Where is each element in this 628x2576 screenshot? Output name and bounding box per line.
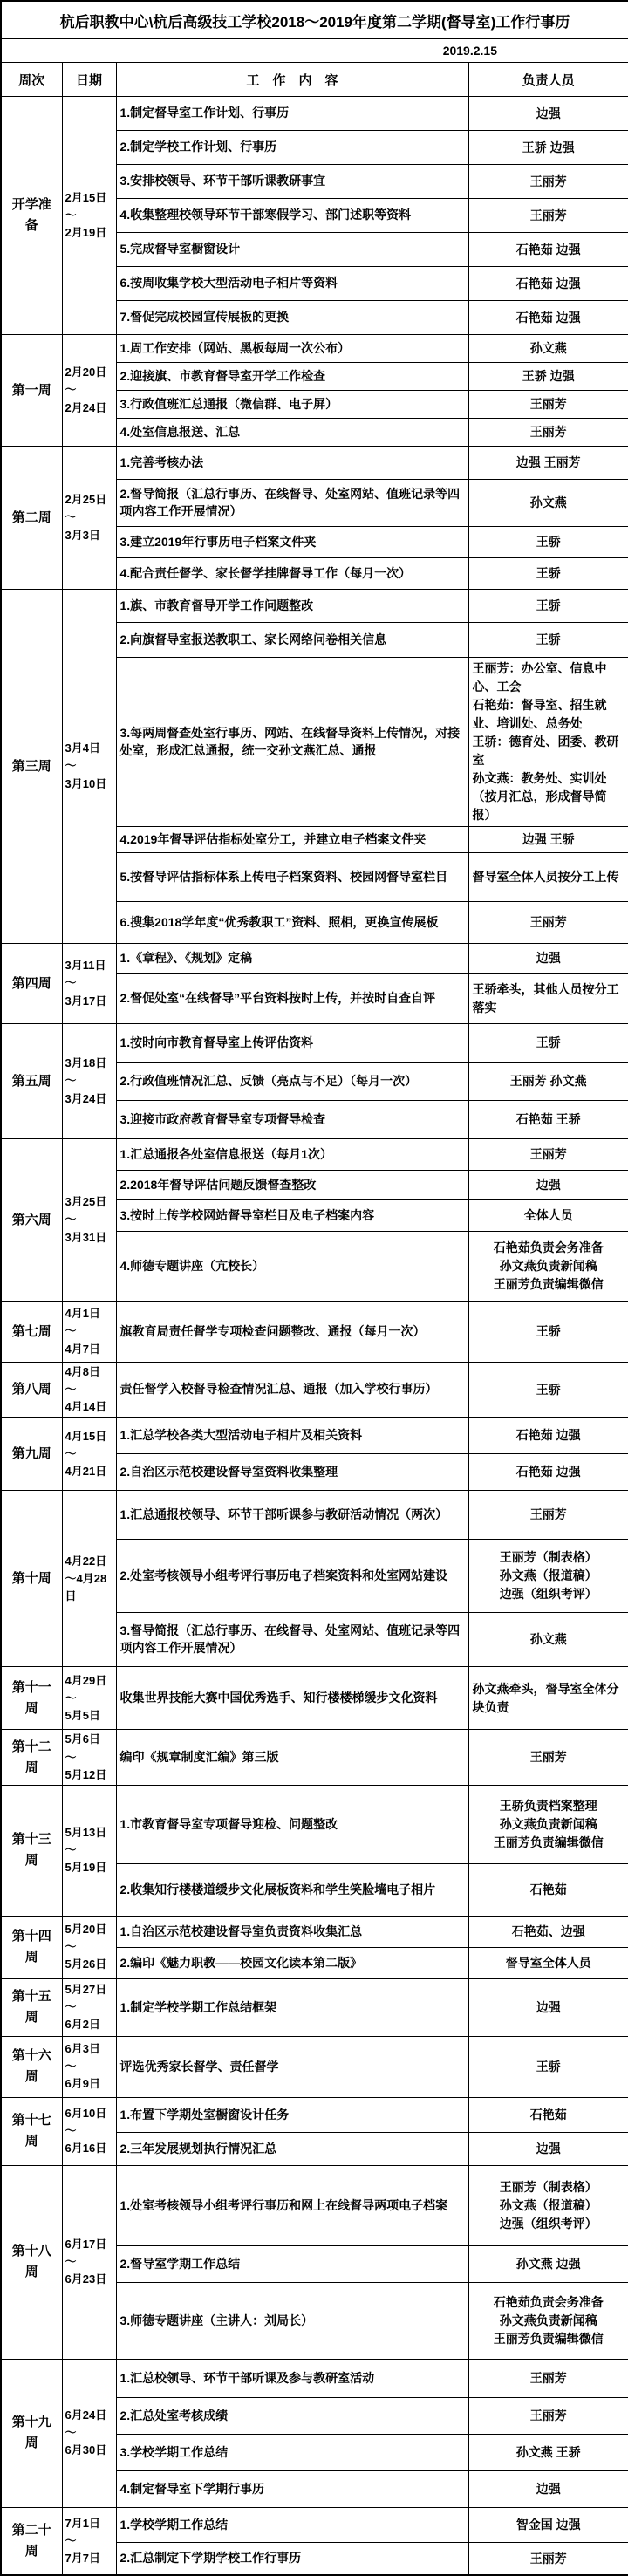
task-cell: 3.建立2019年行事历电子档案文件夹: [116, 527, 468, 558]
person-cell: 王丽芳（制表格） 孙文燕（报道稿） 边强（组织考评）: [468, 1540, 628, 1613]
schedule-row: 第四周3月11日 ～ 3月17日1.《章程》、《规划》定稿边强: [1, 944, 628, 974]
person-cell: 孙文燕 王骄: [468, 2434, 628, 2470]
week-cell: 第四周: [1, 944, 62, 1024]
date-range-cell: 5月13日 ～ 5月19日: [62, 1785, 116, 1916]
person-cell: 石艳茹: [468, 1863, 628, 1916]
schedule-row: 第三周3月4日 ～ 3月10日1.旗、市教育督导开学工作问题整改王骄: [1, 590, 628, 623]
date-range-cell: 5月20日 ～ 5月26日: [62, 1916, 116, 1978]
week-cell: 第十一周: [1, 1667, 62, 1730]
task-cell: 7.督促完成校园宣传展板的更换: [116, 301, 468, 335]
task-cell: 5.完成督导室橱窗设计: [116, 233, 468, 267]
task-cell: 4.收集整理校领导环节干部寒假学习、部门述职等资料: [116, 199, 468, 233]
schedule-row: 第六周3月25日 ～ 3月31日1.汇总通报各处室信息报送（每月1次）王丽芳: [1, 1139, 628, 1171]
schedule-row: 第二十周7月1日 ～ 7月7日1.学校学期工作总结智金国 边强: [1, 2507, 628, 2542]
person-cell: 智金国 边强: [468, 2507, 628, 2542]
column-header-row: 周次 日期 工 作 内 容 负责人员: [1, 63, 628, 97]
task-cell: 1.汇总校领导、环节干部听课及参与教研室活动: [116, 2359, 468, 2397]
date-range-cell: 3月18日 ～ 3月24日: [62, 1024, 116, 1139]
week-cell: 第八周: [1, 1363, 62, 1418]
task-cell: 1.旗、市教育督导开学工作问题整改: [116, 590, 468, 623]
person-cell: 王骄牵头，其他人员按分工落实: [468, 974, 628, 1024]
person-cell: 王丽芳（制表格） 孙文燕（报道稿） 边强（组织考评）: [468, 2165, 628, 2245]
person-cell: 王丽芳：办公室、信息中心、工会 石艳茹：督导室、招生就业、培训处、总务处 王骄：…: [468, 658, 628, 827]
task-cell: 2.收集知行楼楼道缓步文化展板资料和学生笑脸墙电子相片: [116, 1863, 468, 1916]
date-range-cell: 4月22日 ～4月28 日: [62, 1491, 116, 1667]
person-cell: 孙文燕: [468, 335, 628, 363]
task-cell: 3.学校学期工作总结: [116, 2434, 468, 2470]
person-cell: 石艳茹 边强: [468, 1454, 628, 1491]
person-cell: 王骄: [468, 558, 628, 590]
person-cell: 孙文燕牵头，督导室全体分块负责: [468, 1667, 628, 1730]
task-cell: 收集世界技能大赛中国优秀选手、知行楼楼梯缓步文化资料: [116, 1667, 468, 1730]
task-cell: 编印《规章制度汇编》第三版: [116, 1730, 468, 1785]
person-cell: 边强: [468, 1978, 628, 2036]
week-cell: 第十五周: [1, 1978, 62, 2036]
task-cell: 5.按督导评估指标体系上传电子档案资料、校园网督导室栏目: [116, 853, 468, 902]
week-cell: 第十七周: [1, 2097, 62, 2165]
week-cell: 第十八周: [1, 2165, 62, 2359]
column-header-task: 工 作 内 容: [116, 63, 468, 97]
task-cell: 1.完善考核办法: [116, 447, 468, 480]
schedule-row: 第十六周6月3日 ～ 6月9日评选优秀家长督学、责任督学王骄: [1, 2036, 628, 2097]
person-cell: 王骄: [468, 623, 628, 658]
task-cell: 2.处室考核领导小组考评行事历电子档案资料和处室网站建设: [116, 1540, 468, 1613]
schedule-row: 第十二周5月6日 ～ 5月12日编印《规章制度汇编》第三版王丽芳: [1, 1730, 628, 1785]
schedule-row: 第五周3月18日 ～ 3月24日1.按时向市教育督导室上传评估资料王骄: [1, 1024, 628, 1063]
week-cell: 第十三周: [1, 1785, 62, 1916]
week-cell: 第十九周: [1, 2359, 62, 2507]
task-cell: 4.处室信息报送、汇总: [116, 419, 468, 447]
schedule-head: 杭后职教中心\杭后高级技工学校2018～2019年度第二学期(督导室)工作行事历…: [1, 1, 628, 97]
person-cell: 王丽芳: [468, 165, 628, 199]
date-range-cell: 3月11日 ～ 3月17日: [62, 944, 116, 1024]
schedule-row: 第十九周6月24日 ～ 6月30日1.汇总校领导、环节干部听课及参与教研室活动王…: [1, 2359, 628, 2397]
person-cell: 督导室全体人员按分工上传: [468, 853, 628, 902]
document-page: 杭后职教中心\杭后高级技工学校2018～2019年度第二学期(督导室)工作行事历…: [0, 0, 628, 2576]
task-cell: 1.布置下学期处室橱窗设计任务: [116, 2097, 468, 2132]
document-date-row: 2019.2.15: [1, 39, 628, 63]
date-range-cell: 4月1日 ～ 4月7日: [62, 1302, 116, 1363]
date-range-cell: 3月25日 ～ 3月31日: [62, 1139, 116, 1302]
task-cell: 2.三年发展规划执行情况汇总: [116, 2132, 468, 2165]
task-cell: 责任督学入校督导检查情况汇总、通报（加入学校行事历）: [116, 1363, 468, 1418]
task-cell: 2.向旗督导室报送教职工、家长网络问卷相关信息: [116, 623, 468, 658]
person-cell: 全体人员: [468, 1200, 628, 1232]
date-range-cell: 7月1日 ～ 7月7日: [62, 2507, 116, 2575]
person-cell: 王丽芳: [468, 2359, 628, 2397]
week-cell: 第十四周: [1, 1916, 62, 1978]
person-cell: 王丽芳: [468, 2397, 628, 2434]
task-cell: 2.2018年督导评估问题反馈督查整改: [116, 1171, 468, 1200]
person-cell: 边强 王丽芳: [468, 447, 628, 480]
task-cell: 2.汇总制定下学期学校工作行事历: [116, 2542, 468, 2575]
task-cell: 1.学校学期工作总结: [116, 2507, 468, 2542]
person-cell: 边强: [468, 944, 628, 974]
person-cell: 石艳茹 边强: [468, 1418, 628, 1454]
task-cell: 2.自治区示范校建设督导室资料收集整理: [116, 1454, 468, 1491]
person-cell: 王骄: [468, 1024, 628, 1063]
person-cell: 王骄负责档案整理 孙文燕负责新闻稿 王丽芳负责编辑微信: [468, 1785, 628, 1863]
person-cell: 王丽芳: [468, 391, 628, 419]
person-cell: 王丽芳: [468, 2542, 628, 2575]
task-cell: 2.编印《魅力职教——校园文化读本第二版》: [116, 1947, 468, 1978]
person-cell: 王丽芳 孙文燕: [468, 1063, 628, 1101]
person-cell: 王骄 边强: [468, 363, 628, 391]
schedule-row: 开学准备2月15日 ～ 2月19日1.制定督导室工作计划、行事历边强: [1, 97, 628, 131]
person-cell: 石艳茹、边强: [468, 1916, 628, 1947]
date-range-cell: 5月6日 ～ 5月12日: [62, 1730, 116, 1785]
document-date: 2019.2.15: [1, 39, 628, 63]
task-cell: 1.处室考核领导小组考评行事历和网上在线督导两项电子档案: [116, 2165, 468, 2245]
person-cell: 王丽芳: [468, 1730, 628, 1785]
task-cell: 4.2019年督导评估指标处室分工，并建立电子档案文件夹: [116, 827, 468, 853]
schedule-row: 第十五周5月27日 ～ 6月2日1.制定学校学期工作总结框架边强: [1, 1978, 628, 2036]
date-range-cell: 6月24日 ～ 6月30日: [62, 2359, 116, 2507]
person-cell: 王骄: [468, 2036, 628, 2097]
date-range-cell: 2月20日 ～ 2月24日: [62, 335, 116, 447]
week-cell: 第九周: [1, 1418, 62, 1491]
task-cell: 4.师德专题讲座（亢校长）: [116, 1232, 468, 1302]
task-cell: 2.迎接旗、市教育督导室开学工作检查: [116, 363, 468, 391]
task-cell: 2.制定学校工作计划、行事历: [116, 131, 468, 165]
schedule-row: 第十一周4月29日 ～ 5月5日收集世界技能大赛中国优秀选手、知行楼楼梯缓步文化…: [1, 1667, 628, 1730]
person-cell: 孙文燕: [468, 1613, 628, 1667]
person-cell: 边强: [468, 1171, 628, 1200]
date-range-cell: 6月3日 ～ 6月9日: [62, 2036, 116, 2097]
date-range-cell: 4月8日 ～ 4月14日: [62, 1363, 116, 1418]
task-cell: 2.汇总处室考核成绩: [116, 2397, 468, 2434]
task-cell: 1.汇总学校各类大型活动电子相片及相关资料: [116, 1418, 468, 1454]
person-cell: 王骄: [468, 1363, 628, 1418]
task-cell: 6.搜集2018学年度“优秀教职工”资料、照相，更换宣传展板: [116, 902, 468, 944]
schedule-row: 第十周4月22日 ～4月28 日1.汇总通报校领导、环节干部听课参与教研活动情况…: [1, 1491, 628, 1540]
week-cell: 第六周: [1, 1139, 62, 1302]
schedule-row: 第九周4月15日 ～ 4月21日1.汇总学校各类大型活动电子相片及相关资料石艳茹…: [1, 1418, 628, 1454]
task-cell: 1.周工作安排（网站、黑板每周一次公布）: [116, 335, 468, 363]
schedule-row: 第一周2月20日 ～ 2月24日1.周工作安排（网站、黑板每周一次公布）孙文燕: [1, 335, 628, 363]
title-row: 杭后职教中心\杭后高级技工学校2018～2019年度第二学期(督导室)工作行事历: [1, 1, 628, 39]
task-cell: 2.督促处室“在线督导”平台资料按时上传，并按时自查自评: [116, 974, 468, 1024]
person-cell: 石艳茹 边强: [468, 301, 628, 335]
schedule-table: 杭后职教中心\杭后高级技工学校2018～2019年度第二学期(督导室)工作行事历…: [0, 0, 628, 2576]
schedule-row: 第七周4月1日 ～ 4月7日旗教育局责任督学专项检查问题整改、通报（每月一次）王…: [1, 1302, 628, 1363]
person-cell: 王丽芳: [468, 1491, 628, 1540]
task-cell: 4.配合责任督学、家长督学挂牌督导工作（每月一次）: [116, 558, 468, 590]
date-range-cell: 4月29日 ～ 5月5日: [62, 1667, 116, 1730]
page-title: 杭后职教中心\杭后高级技工学校2018～2019年度第二学期(督导室)工作行事历: [1, 1, 628, 39]
task-cell: 6.按周收集学校大型活动电子相片等资料: [116, 267, 468, 301]
person-cell: 边强: [468, 2132, 628, 2165]
task-cell: 3.每两周督查处室行事历、网站、在线督导资料上传情况，对接处室，形成汇总通报，统…: [116, 658, 468, 827]
task-cell: 3.迎接市政府教育督导室专项督导检查: [116, 1101, 468, 1139]
task-cell: 2.督导室学期工作总结: [116, 2245, 468, 2282]
person-cell: 王丽芳: [468, 1139, 628, 1171]
task-cell: 1.制定督导室工作计划、行事历: [116, 97, 468, 131]
schedule-row: 第十四周5月20日 ～ 5月26日1.自治区示范校建设督导室负责资料收集汇总石艳…: [1, 1916, 628, 1947]
date-range-cell: 2月25日 ～ 3月3日: [62, 447, 116, 590]
schedule-row: 第十八周6月17日 ～ 6月23日1.处室考核领导小组考评行事历和网上在线督导两…: [1, 2165, 628, 2245]
week-cell: 第三周: [1, 590, 62, 944]
task-cell: 3.按时上传学校网站督导室栏目及电子档案内容: [116, 1200, 468, 1232]
person-cell: 王丽芳: [468, 902, 628, 944]
task-cell: 3.行政值班汇总通报（微信群、电子屏）: [116, 391, 468, 419]
task-cell: 3.督导简报（汇总行事历、在线督导、处室网站、值班记录等四项内容工作开展情况）: [116, 1613, 468, 1667]
schedule-row: 第十七周6月10日 ～ 6月16日1.布置下学期处室橱窗设计任务石艳茹: [1, 2097, 628, 2132]
person-cell: 石艳茹负责会务准备 孙文燕负责新闻稿 王丽芳负责编辑微信: [468, 2282, 628, 2359]
person-cell: 边强 王骄: [468, 827, 628, 853]
task-cell: 1.《章程》、《规划》定稿: [116, 944, 468, 974]
task-cell: 1.汇总通报各处室信息报送（每月1次）: [116, 1139, 468, 1171]
person-cell: 石艳茹 边强: [468, 267, 628, 301]
person-cell: 王骄: [468, 527, 628, 558]
schedule-row: 第二周2月25日 ～ 3月3日1.完善考核办法边强 王丽芳: [1, 447, 628, 480]
date-range-cell: 5月27日 ～ 6月2日: [62, 1978, 116, 2036]
week-cell: 第十六周: [1, 2036, 62, 2097]
person-cell: 石艳茹负责会务准备 孙文燕负责新闻稿 王丽芳负责编辑微信: [468, 1232, 628, 1302]
task-cell: 1.制定学校学期工作总结框架: [116, 1978, 468, 2036]
person-cell: 王丽芳: [468, 199, 628, 233]
column-header-week: 周次: [1, 63, 62, 97]
person-cell: 石艳茹 边强: [468, 233, 628, 267]
week-cell: 第七周: [1, 1302, 62, 1363]
week-cell: 第一周: [1, 335, 62, 447]
week-cell: 第五周: [1, 1024, 62, 1139]
task-cell: 评选优秀家长督学、责任督学: [116, 2036, 468, 2097]
person-cell: 边强: [468, 2470, 628, 2507]
person-cell: 孙文燕: [468, 480, 628, 527]
week-cell: 第十二周: [1, 1730, 62, 1785]
person-cell: 石艳茹 王骄: [468, 1101, 628, 1139]
week-cell: 第十周: [1, 1491, 62, 1667]
person-cell: 王骄: [468, 1302, 628, 1363]
task-cell: 3.安排校领导、环节干部听课教研事宜: [116, 165, 468, 199]
person-cell: 边强: [468, 97, 628, 131]
schedule-row: 第八周4月8日 ～ 4月14日责任督学入校督导检查情况汇总、通报（加入学校行事历…: [1, 1363, 628, 1418]
task-cell: 1.按时向市教育督导室上传评估资料: [116, 1024, 468, 1063]
person-cell: 王骄 边强: [468, 131, 628, 165]
column-header-date: 日期: [62, 63, 116, 97]
task-cell: 4.制定督导室下学期行事历: [116, 2470, 468, 2507]
schedule-row: 第十三周5月13日 ～ 5月19日1.市教育督导室专项督导迎检、问题整改王骄负责…: [1, 1785, 628, 1863]
date-range-cell: 3月4日 ～ 3月10日: [62, 590, 116, 944]
task-cell: 1.市教育督导室专项督导迎检、问题整改: [116, 1785, 468, 1863]
person-cell: 孙文燕 边强: [468, 2245, 628, 2282]
week-cell: 第二周: [1, 447, 62, 590]
week-cell: 开学准备: [1, 97, 62, 335]
person-cell: 石艳茹: [468, 2097, 628, 2132]
person-cell: 王骄: [468, 590, 628, 623]
person-cell: 王丽芳: [468, 419, 628, 447]
task-cell: 2.行政值班情况汇总、反馈（亮点与不足）（每月一次）: [116, 1063, 468, 1101]
task-cell: 1.自治区示范校建设督导室负责资料收集汇总: [116, 1916, 468, 1947]
task-cell: 旗教育局责任督学专项检查问题整改、通报（每月一次）: [116, 1302, 468, 1363]
date-range-cell: 6月17日 ～ 6月23日: [62, 2165, 116, 2359]
date-range-cell: 2月15日 ～ 2月19日: [62, 97, 116, 335]
schedule-body: 开学准备2月15日 ～ 2月19日1.制定督导室工作计划、行事历边强2.制定学校…: [1, 97, 628, 2576]
column-header-person: 负责人员: [468, 63, 628, 97]
date-range-cell: 4月15日 ～ 4月21日: [62, 1418, 116, 1491]
task-cell: 1.汇总通报校领导、环节干部听课参与教研活动情况（两次）: [116, 1491, 468, 1540]
person-cell: 督导室全体人员: [468, 1947, 628, 1978]
task-cell: 2.督导简报（汇总行事历、在线督导、处室网站、值班记录等四项内容工作开展情况）: [116, 480, 468, 527]
week-cell: 第二十周: [1, 2507, 62, 2575]
date-range-cell: 6月10日 ～ 6月16日: [62, 2097, 116, 2165]
task-cell: 3.师德专题讲座（主讲人：刘局长）: [116, 2282, 468, 2359]
